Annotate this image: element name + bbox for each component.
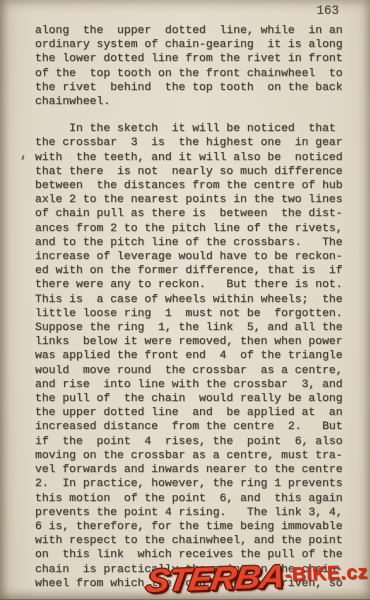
text-line: that there is not nearly so much differe… [35,165,370,179]
page-text: along the upper dotted line, while in an… [35,24,370,600]
text-line: with the teeth, and it will also be noti… [35,151,370,165]
text-line: the crossbar 3 is the highest one in gea… [35,136,370,150]
text-line: little loose ring 1 must not be forgotte… [35,307,370,321]
text-line: increase of leverage would have to be re… [35,250,370,264]
text-line: the pull of the chain would really be al… [35,392,370,406]
text-line: prevents the point 4 rising. The link 3,… [35,506,370,520]
text-line: In the sketch it will be noticed that [35,122,370,136]
text-line: the lower dotted line from the rivet in … [35,52,370,66]
text-line: of the top tooth on the front chainwheel… [35,67,370,81]
text-line: the rivet behind the top tooth on the ba… [35,81,370,95]
text-line: was applied the front end 4 of the trian… [35,349,370,363]
page-number: 163 [316,4,339,18]
paragraph: In the sketch it will be noticed thatthe… [35,122,370,591]
watermark: STERBA-BIKE.cz [145,554,368,600]
text-line: between the distances from the centre of… [35,179,370,193]
text-line: and rise into line with the crossbar 3, … [35,378,370,392]
text-line: and to the pitch line of the crossbars. … [35,236,370,250]
text-line: there were any to reckon. But there is n… [35,278,370,292]
text-line: links below it were removed, then when p… [35,335,370,349]
text-line: ordinary system of chain-gearing it is a… [35,38,370,52]
text-line: chainwheel. [35,95,370,109]
watermark-domain-text: -BIKE.cz [284,561,368,587]
text-line: this motion of the point 6, and this aga… [35,492,370,506]
text-line: This is a case of wheels within wheels; … [35,293,370,307]
text-line: axle 2 to the nearest points in the two … [35,193,370,207]
text-line: increased distance from the centre 2. Bu… [35,420,370,434]
text-line: ances from 2 to the pitch line of the ri… [35,222,370,236]
text-line: with respect to the chainwheel, and the … [35,534,370,548]
ink-speck [21,155,24,160]
text-line: along the upper dotted line, while in an [35,24,370,38]
scanned-document-page: 163 along the upper dotted line, while i… [0,0,370,600]
watermark-logo-text: STERBA [143,559,286,600]
text-line: moving on the crossbar as a centre, must… [35,449,370,463]
text-line: of chain pull as there is between the di… [35,207,370,221]
text-line: Suppose the ring 1, the link 5, and all … [35,321,370,335]
text-line: the upper dotted line and be applied at … [35,406,370,420]
paragraph: along the upper dotted line, while in an… [35,24,370,109]
text-line: vel forwards and inwards nearer to the c… [35,463,370,477]
text-line: ed with on the former difference, that i… [35,264,370,278]
text-line: if the point 4 rises, the point 6, also [35,435,370,449]
text-line: 6 is, therefore, for the time being immo… [35,520,370,534]
text-line: would move round the crossbar as a centr… [35,364,370,378]
text-line: 2. In practice, however, the ring 1 prev… [35,477,370,491]
